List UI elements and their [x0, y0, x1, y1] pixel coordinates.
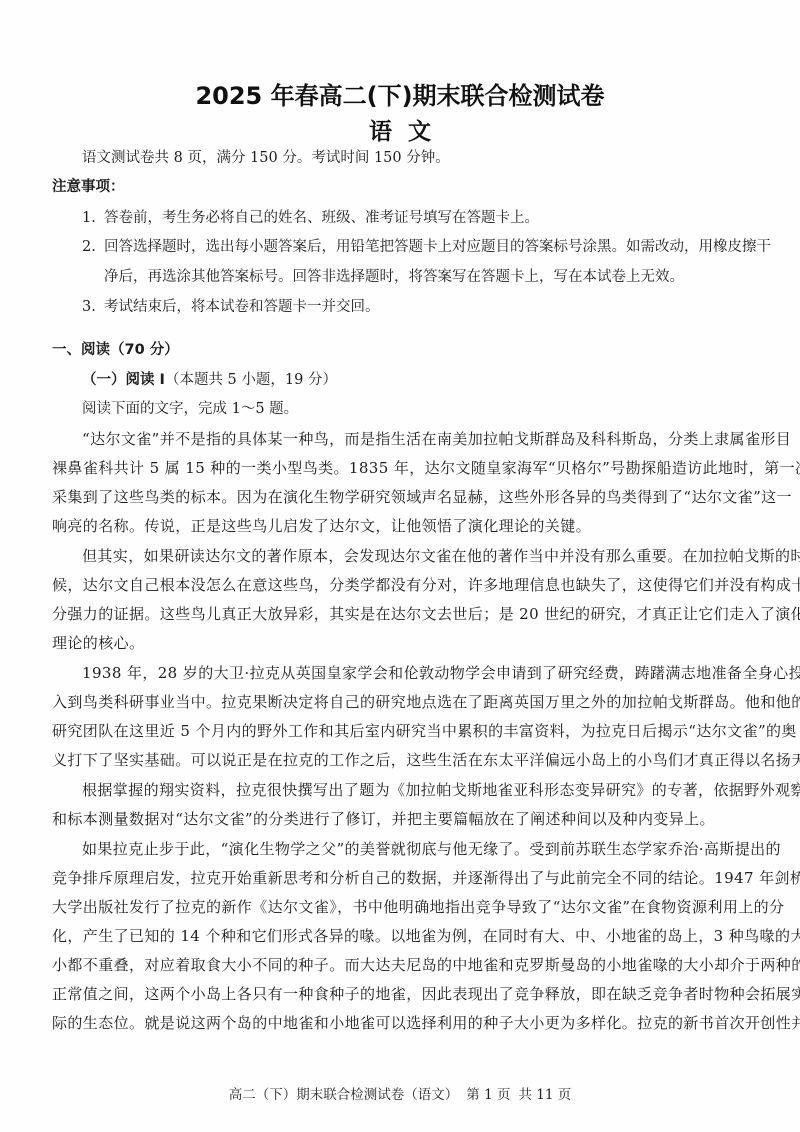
subsection-title: （一）阅读 I — [82, 372, 165, 388]
passage-line: 响亮的名称。传说，正是这些鸟儿启发了达尔文，让他领悟了演化理论的关键。 — [52, 516, 746, 536]
notice-item-2: 2.回答选择题时，选出每小题答案后，用铅笔把答题卡上对应题目的答案标号涂黑。如需… — [82, 237, 771, 257]
passage-line: “达尔文雀”并不是指的具体某一种鸟，而是指生活在南美加拉帕戈斯群岛及科科斯岛，分… — [82, 429, 746, 449]
notice-heading: 注意事项： — [52, 177, 125, 197]
footer-page-number: 第 1 页 — [466, 1087, 510, 1103]
passage-line: 1938 年，28 岁的大卫·拉克从英国皇家学会和伦敦动物学会申请到了研究经费，… — [82, 663, 746, 683]
passage-line: 正常值之间，这两个小岛上各只有一种食种子的地雀，因此表现出了竞争释放，即在缺乏竞… — [52, 984, 746, 1004]
notice-item-number: 3. — [82, 297, 104, 317]
exam-page: 2025 年春高二(下)期末联合检测试卷 语文 语文测试卷共 8 页，满分 15… — [0, 0, 800, 1132]
exam-title: 2025 年春高二(下)期末联合检测试卷 — [0, 76, 800, 111]
passage-line: 竞争排斥原理启发，拉克开始重新思考和分析自己的数据，并逐渐得出了与此前完全不同的… — [52, 868, 746, 888]
passage-line: 根据掌握的翔实资料，拉克很快撰写出了题为《加拉帕戈斯地雀亚科形态变异研究》的专著… — [82, 780, 746, 800]
notice-item-3: 3.考试结束后，将本试卷和答题卡一并交回。 — [82, 297, 380, 317]
passage-line: 入到鸟类科研事业当中。拉克果断决定将自己的研究地点选在了距离英国万里之外的加拉帕… — [52, 692, 746, 712]
section-heading: 一、阅读（70 分） — [52, 340, 179, 360]
exam-subject: 语文 — [0, 113, 800, 146]
notice-item-text: 答卷前，考生务必将自己的姓名、班级、准考证号填写在答题卡上。 — [104, 210, 539, 226]
footer-label: 高二（下）期末联合检测试卷（语文） — [229, 1087, 459, 1103]
notice-item-2-continued: 净后，再选涂其他答案标号。回答非选择题时，将答案写在答题卡上，写在本试卷上无效。 — [104, 267, 684, 287]
passage-line: 和标本测量数据对“达尔文雀”的分类进行了修订，并把主要篇幅放在了阐述种间以及种内… — [52, 809, 746, 829]
notice-item-text: 考试结束后，将本试卷和答题卡一并交回。 — [104, 299, 380, 315]
page-footer: 高二（下）期末联合检测试卷（语文）第 1 页共 11 页 — [0, 1083, 800, 1103]
notice-item-text: 回答选择题时，选出每小题答案后，用铅笔把答题卡上对应题目的答案标号涂黑。如需改动… — [104, 239, 771, 255]
passage-line: 研究团队在这里近 5 个月内的野外工作和其后室内研究当中累积的丰富资料，为拉克日… — [52, 721, 746, 741]
passage-line: 化，产生了已知的 14 个种和它们形式各异的喙。以地雀为例，在同时有大、中、小地… — [52, 926, 746, 946]
passage-line: 采集到了这些鸟类的标本。因为在演化生物学研究领域声名显赫，这些外形各异的鸟类得到… — [52, 487, 746, 507]
passage-line: 义打下了坚实基础。可以说正是在拉克的工作之后，这些生活在东太平洋偏远小岛上的小鸟… — [52, 750, 746, 770]
passage-line: 裸鼻雀科共计 5 属 15 种的一类小型鸟类。1835 年，达尔文随皇家海军“贝… — [52, 458, 746, 478]
passage-line: 际的生态位。就是说这两个岛的中地雀和小地雀可以选择利用的种子大小更为多样化。拉克… — [52, 1013, 746, 1033]
passage-line: 理论的核心。 — [52, 633, 746, 653]
notice-item-number: 2. — [82, 237, 104, 257]
footer-page-total: 共 11 页 — [518, 1087, 571, 1103]
subsection-note: （本题共 5 小题，19 分） — [165, 372, 337, 388]
subsection-heading: （一）阅读 I（本题共 5 小题，19 分） — [82, 370, 337, 390]
passage-line: 候，达尔文自己根本没怎么在意这些鸟，分类学都没有分对，许多地理信息也缺失了，这使… — [52, 575, 746, 595]
notice-item-1: 1.答卷前，考生务必将自己的姓名、班级、准考证号填写在答题卡上。 — [82, 208, 539, 228]
notice-item-number: 1. — [82, 208, 104, 228]
reading-instruction: 阅读下面的文字，完成 1～5 题。 — [82, 399, 298, 419]
passage-line: 如果拉克止步于此，“演化生物学之父”的美誉就彻底与他无缘了。受到前苏联生态学家乔… — [82, 839, 746, 859]
exam-intro: 语文测试卷共 8 页，满分 150 分。考试时间 150 分钟。 — [82, 148, 450, 168]
passage-line: 小都不重叠，对应着取食大小不同的种子。而大达夫尼岛的中地雀和克罗斯曼岛的小地雀喙… — [52, 955, 746, 975]
passage-line: 大学出版社发行了拉克的新作《达尔文雀》，书中他明确地指出竞争导致了“达尔文雀”在… — [52, 897, 746, 917]
passage-line: 分强力的证据。这些鸟儿真正大放异彩，其实是在达尔文去世后；是 20 世纪的研究，… — [52, 604, 746, 624]
passage-line: 但其实，如果研读达尔文的著作原本，会发现达尔文雀在他的著作当中并没有那么重要。在… — [82, 546, 746, 566]
